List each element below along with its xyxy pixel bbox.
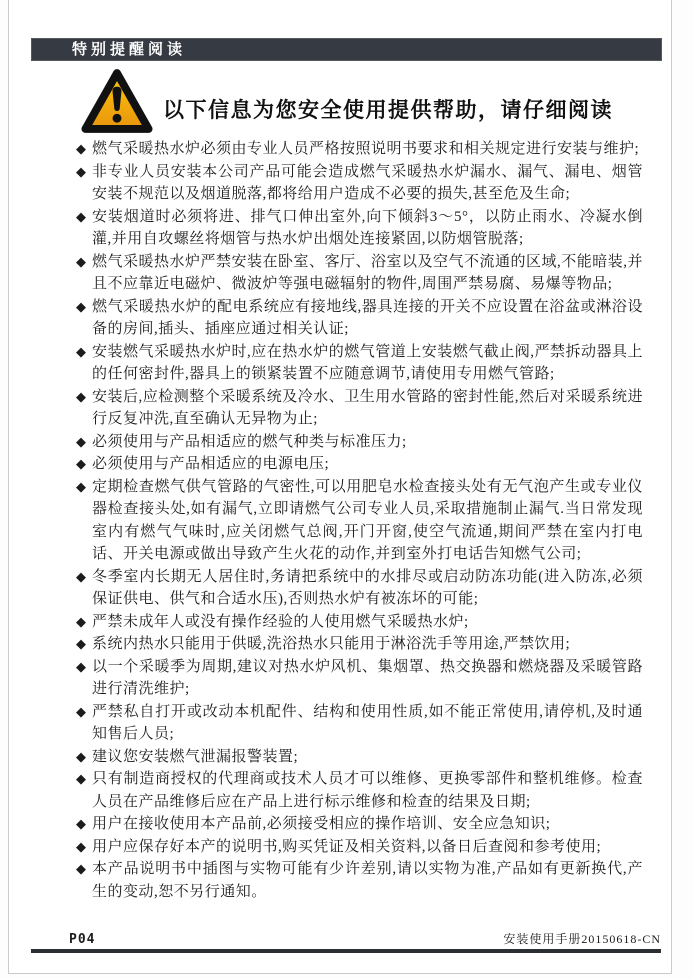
list-item: ◆冬季室内长期无人居住时,务请把系统中的水排尽或启动防冻功能(进入防冻,必须保证… xyxy=(76,566,643,611)
diamond-bullet-icon: ◆ xyxy=(76,566,92,611)
manual-page: 特别提醒阅读 以下信息为您安全使用提供帮助，请仔细阅读 xyxy=(8,0,672,974)
diamond-bullet-icon: ◆ xyxy=(76,431,92,454)
list-item: ◆严禁私自打开或改动本机配件、结构和使用性质,如不能正常使用,请停机,及时通知售… xyxy=(76,701,643,746)
list-item: ◆安装燃气采暖热水炉时,应在热水炉的燃气管道上安装燃气截止阀,严禁拆动器具上的任… xyxy=(76,341,643,386)
diamond-bullet-icon: ◆ xyxy=(76,656,92,701)
list-item: ◆系统内热水只能用于供暖,洗浴热水只能用于淋浴洗手等用途,严禁饮用; xyxy=(76,633,643,656)
diamond-bullet-icon: ◆ xyxy=(76,476,92,566)
list-item: ◆建议您安装燃气泄漏报警装置; xyxy=(76,746,643,769)
list-item-text: 严禁私自打开或改动本机配件、结构和使用性质,如不能正常使用,请停机,及时通知售后… xyxy=(92,701,643,746)
list-item: ◆燃气采暖热水炉必须由专业人员严格按照说明书要求和相关规定进行安装与维护; xyxy=(76,138,643,161)
list-item-text: 安装后,应检测整个采暖系统及冷水、卫生用水管路的密封性能,然后对采暖系统进行反复… xyxy=(92,386,643,431)
list-item-text: 只有制造商授权的代理商或技术人员才可以维修、更换零部件和整机维修。检查人员在产品… xyxy=(92,768,643,813)
list-item: ◆非专业人员安装本公司产品可能会造成燃气采暖热水炉漏水、漏气、漏电、烟管安装不规… xyxy=(76,161,643,206)
list-item-text: 冬季室内长期无人居住时,务请把系统中的水排尽或启动防冻功能(进入防冻,必须保证供… xyxy=(92,566,643,611)
list-item-text: 定期检查燃气供气管路的气密性,可以用肥皂水检查接头处有无气泡产生或专业仪器检查接… xyxy=(92,476,643,566)
list-item: ◆必须使用与产品相适应的电源电压; xyxy=(76,453,643,476)
diamond-bullet-icon: ◆ xyxy=(76,813,92,836)
page-footer: P04 安装使用手册20150618-CN xyxy=(31,930,661,953)
list-item-text: 必须使用与产品相适应的电源电压; xyxy=(92,453,643,476)
list-item-text: 以一个采暖季为周期,建议对热水炉风机、集烟罩、热交换器和燃烧器及采暖管路进行清洗… xyxy=(92,656,643,701)
diamond-bullet-icon: ◆ xyxy=(76,453,92,476)
diamond-bullet-icon: ◆ xyxy=(76,161,92,206)
list-item: ◆安装后,应检测整个采暖系统及冷水、卫生用水管路的密封性能,然后对采暖系统进行反… xyxy=(76,386,643,431)
list-item: ◆用户在接收使用本产品前,必须接受相应的操作培训、安全应急知识; xyxy=(76,813,643,836)
list-item-text: 非专业人员安装本公司产品可能会造成燃气采暖热水炉漏水、漏气、漏电、烟管安装不规范… xyxy=(92,161,643,206)
diamond-bullet-icon: ◆ xyxy=(76,341,92,386)
list-item-text: 系统内热水只能用于供暖,洗浴热水只能用于淋浴洗手等用途,严禁饮用; xyxy=(92,633,643,656)
list-item-text: 安装燃气采暖热水炉时,应在热水炉的燃气管道上安装燃气截止阀,严禁拆动器具上的任何… xyxy=(92,341,643,386)
document-code: 安装使用手册20150618-CN xyxy=(503,930,661,947)
warning-triangle-exclamation-icon xyxy=(81,68,153,134)
list-item-text: 用户应保存好本产的说明书,购买凭证及相关资料,以备日后查阅和参考使用; xyxy=(92,836,643,859)
list-item-text: 用户在接收使用本产品前,必须接受相应的操作培训、安全应急知识; xyxy=(92,813,643,836)
list-item-text: 燃气采暖热水炉严禁安装在卧室、客厅、浴室以及空气不流通的区域,不能暗装,并且不应… xyxy=(92,251,643,296)
list-item-text: 必须使用与产品相适应的燃气种类与标准压力; xyxy=(92,431,643,454)
diamond-bullet-icon: ◆ xyxy=(76,633,92,656)
safety-instructions-list: ◆燃气采暖热水炉必须由专业人员严格按照说明书要求和相关规定进行安装与维护; ◆非… xyxy=(76,138,643,903)
section-header-bar: 特别提醒阅读 xyxy=(31,38,662,61)
list-item-text: 严禁未成年人或没有操作经验的人使用燃气采暖热水炉; xyxy=(92,611,643,634)
list-item: ◆安装烟道时必须将进、排气口伸出室外,向下倾斜3～5°，以防止雨水、冷凝水倒灌,… xyxy=(76,206,643,251)
page-title: 以下信息为您安全使用提供帮助，请仔细阅读 xyxy=(163,94,613,124)
screenshot-canvas: 特别提醒阅读 以下信息为您安全使用提供帮助，请仔细阅读 xyxy=(0,0,693,979)
list-item: ◆用户应保存好本产的说明书,购买凭证及相关资料,以备日后查阅和参考使用; xyxy=(76,836,643,859)
list-item-text: 燃气采暖热水炉必须由专业人员严格按照说明书要求和相关规定进行安装与维护; xyxy=(92,138,643,161)
list-item: ◆燃气采暖热水炉的配电系统应有接地线,器具连接的开关不应设置在浴盆或淋浴设备的房… xyxy=(76,296,643,341)
list-item-text: 本产品说明书中插图与实物可能有少许差别,请以实物为准,产品如有更新换代,产生的变… xyxy=(92,858,643,903)
diamond-bullet-icon: ◆ xyxy=(76,296,92,341)
page-number: P04 xyxy=(69,932,95,947)
list-item: ◆严禁未成年人或没有操作经验的人使用燃气采暖热水炉; xyxy=(76,611,643,634)
diamond-bullet-icon: ◆ xyxy=(76,746,92,769)
diamond-bullet-icon: ◆ xyxy=(76,858,92,903)
diamond-bullet-icon: ◆ xyxy=(76,611,92,634)
diamond-bullet-icon: ◆ xyxy=(76,251,92,296)
safety-notice-header: 以下信息为您安全使用提供帮助，请仔细阅读 xyxy=(81,68,641,134)
list-item: ◆本产品说明书中插图与实物可能有少许差别,请以实物为准,产品如有更新换代,产生的… xyxy=(76,858,643,903)
diamond-bullet-icon: ◆ xyxy=(76,206,92,251)
list-item-text: 建议您安装燃气泄漏报警装置; xyxy=(92,746,643,769)
diamond-bullet-icon: ◆ xyxy=(76,701,92,746)
list-item: ◆只有制造商授权的代理商或技术人员才可以维修、更换零部件和整机维修。检查人员在产… xyxy=(76,768,643,813)
diamond-bullet-icon: ◆ xyxy=(76,768,92,813)
list-item-text: 安装烟道时必须将进、排气口伸出室外,向下倾斜3～5°，以防止雨水、冷凝水倒灌,并… xyxy=(92,206,643,251)
diamond-bullet-icon: ◆ xyxy=(76,138,92,161)
list-item: ◆燃气采暖热水炉严禁安装在卧室、客厅、浴室以及空气不流通的区域,不能暗装,并且不… xyxy=(76,251,643,296)
list-item: ◆定期检查燃气供气管路的气密性,可以用肥皂水检查接头处有无气泡产生或专业仪器检查… xyxy=(76,476,643,566)
list-item: ◆以一个采暖季为周期,建议对热水炉风机、集烟罩、热交换器和燃烧器及采暖管路进行清… xyxy=(76,656,643,701)
list-item-text: 燃气采暖热水炉的配电系统应有接地线,器具连接的开关不应设置在浴盆或淋浴设备的房间… xyxy=(92,296,643,341)
list-item: ◆必须使用与产品相适应的燃气种类与标准压力; xyxy=(76,431,643,454)
diamond-bullet-icon: ◆ xyxy=(76,386,92,431)
diamond-bullet-icon: ◆ xyxy=(76,836,92,859)
